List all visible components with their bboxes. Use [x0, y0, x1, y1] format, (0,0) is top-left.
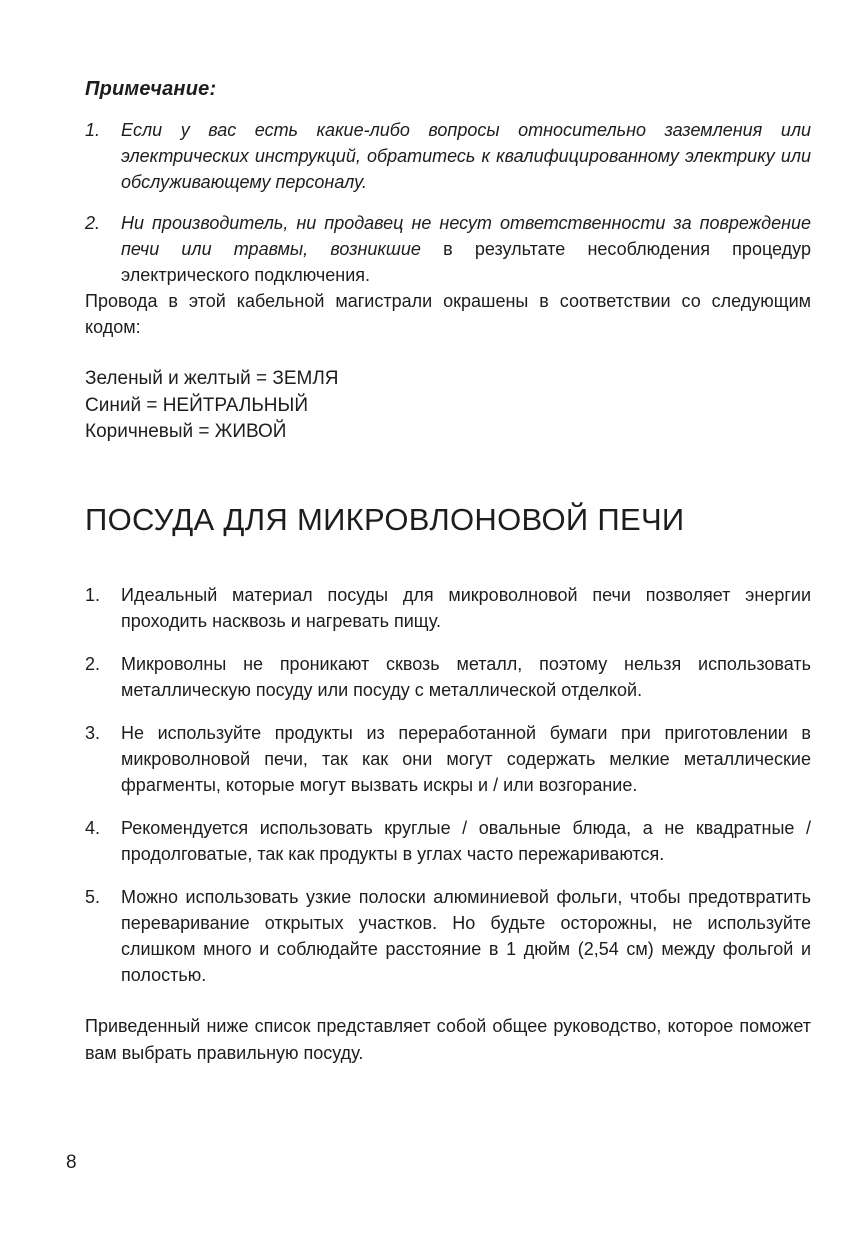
- cookware-item-1-text: Идеальный материал посуды для микроволно…: [121, 582, 811, 634]
- wiring-code-neutral: Синий = НЕЙТРАЛЬНЫЙ: [85, 393, 811, 420]
- note-title: Примечание:: [85, 78, 811, 101]
- note-item-1: 1. Если у вас есть какие-либо вопросы от…: [85, 117, 811, 195]
- note-item-1-text: Если у вас есть какие-либо вопросы относ…: [121, 117, 811, 195]
- cookware-item-5-text: Можно использовать узкие полоски алюмини…: [121, 884, 811, 988]
- cookware-list: 1. Идеальный материал посуды для микрово…: [85, 582, 811, 988]
- cookware-item-2-number: 2.: [85, 651, 121, 703]
- cookware-item-5: 5. Можно использовать узкие полоски алюм…: [85, 884, 811, 988]
- note-item-2-number: 2.: [85, 210, 121, 288]
- cookware-item-2: 2. Микроволны не проникают сквозь металл…: [85, 651, 811, 703]
- cookware-item-4: 4. Рекомендуется использовать круглые / …: [85, 815, 811, 867]
- cookware-item-4-text: Рекомендуется использовать круглые / ова…: [121, 815, 811, 867]
- note-item-1-number: 1.: [85, 117, 121, 195]
- wiring-code-earth: Зеленый и желтый = ЗЕМЛЯ: [85, 366, 811, 393]
- cookware-section-heading: ПОСУДА ДЛЯ МИКРОВЛОНОВОЙ ПЕЧИ: [85, 502, 811, 538]
- wiring-code-live: Коричневый = ЖИВОЙ: [85, 419, 811, 446]
- cookware-item-1-number: 1.: [85, 582, 121, 634]
- cookware-item-3-number: 3.: [85, 720, 121, 798]
- wiring-intro-paragraph: Провода в этой кабельной магистрали окра…: [85, 288, 811, 340]
- note-list: 1. Если у вас есть какие-либо вопросы от…: [85, 117, 811, 288]
- cookware-item-3: 3. Не используйте продукты из переработа…: [85, 720, 811, 798]
- page-content: Примечание: 1. Если у вас есть какие-либ…: [85, 78, 811, 1067]
- cookware-item-1: 1. Идеальный материал посуды для микрово…: [85, 582, 811, 634]
- note-item-1-text-italic: Если у вас есть какие-либо вопросы относ…: [121, 120, 811, 192]
- cookware-closing-paragraph: Приведенный ниже список представляет соб…: [85, 1013, 811, 1067]
- cookware-item-3-text: Не используйте продукты из переработанно…: [121, 720, 811, 798]
- wiring-codes: Зеленый и желтый = ЗЕМЛЯ Синий = НЕЙТРАЛ…: [85, 366, 811, 446]
- page-number: 8: [66, 1152, 77, 1174]
- cookware-item-5-number: 5.: [85, 884, 121, 988]
- note-item-2: 2. Ни производитель, ни продавец не несу…: [85, 210, 811, 288]
- note-item-2-text: Ни производитель, ни продавец не несут о…: [121, 210, 811, 288]
- cookware-item-2-text: Микроволны не проникают сквозь металл, п…: [121, 651, 811, 703]
- cookware-item-4-number: 4.: [85, 815, 121, 867]
- manual-page: Примечание: 1. Если у вас есть какие-либ…: [0, 0, 867, 1247]
